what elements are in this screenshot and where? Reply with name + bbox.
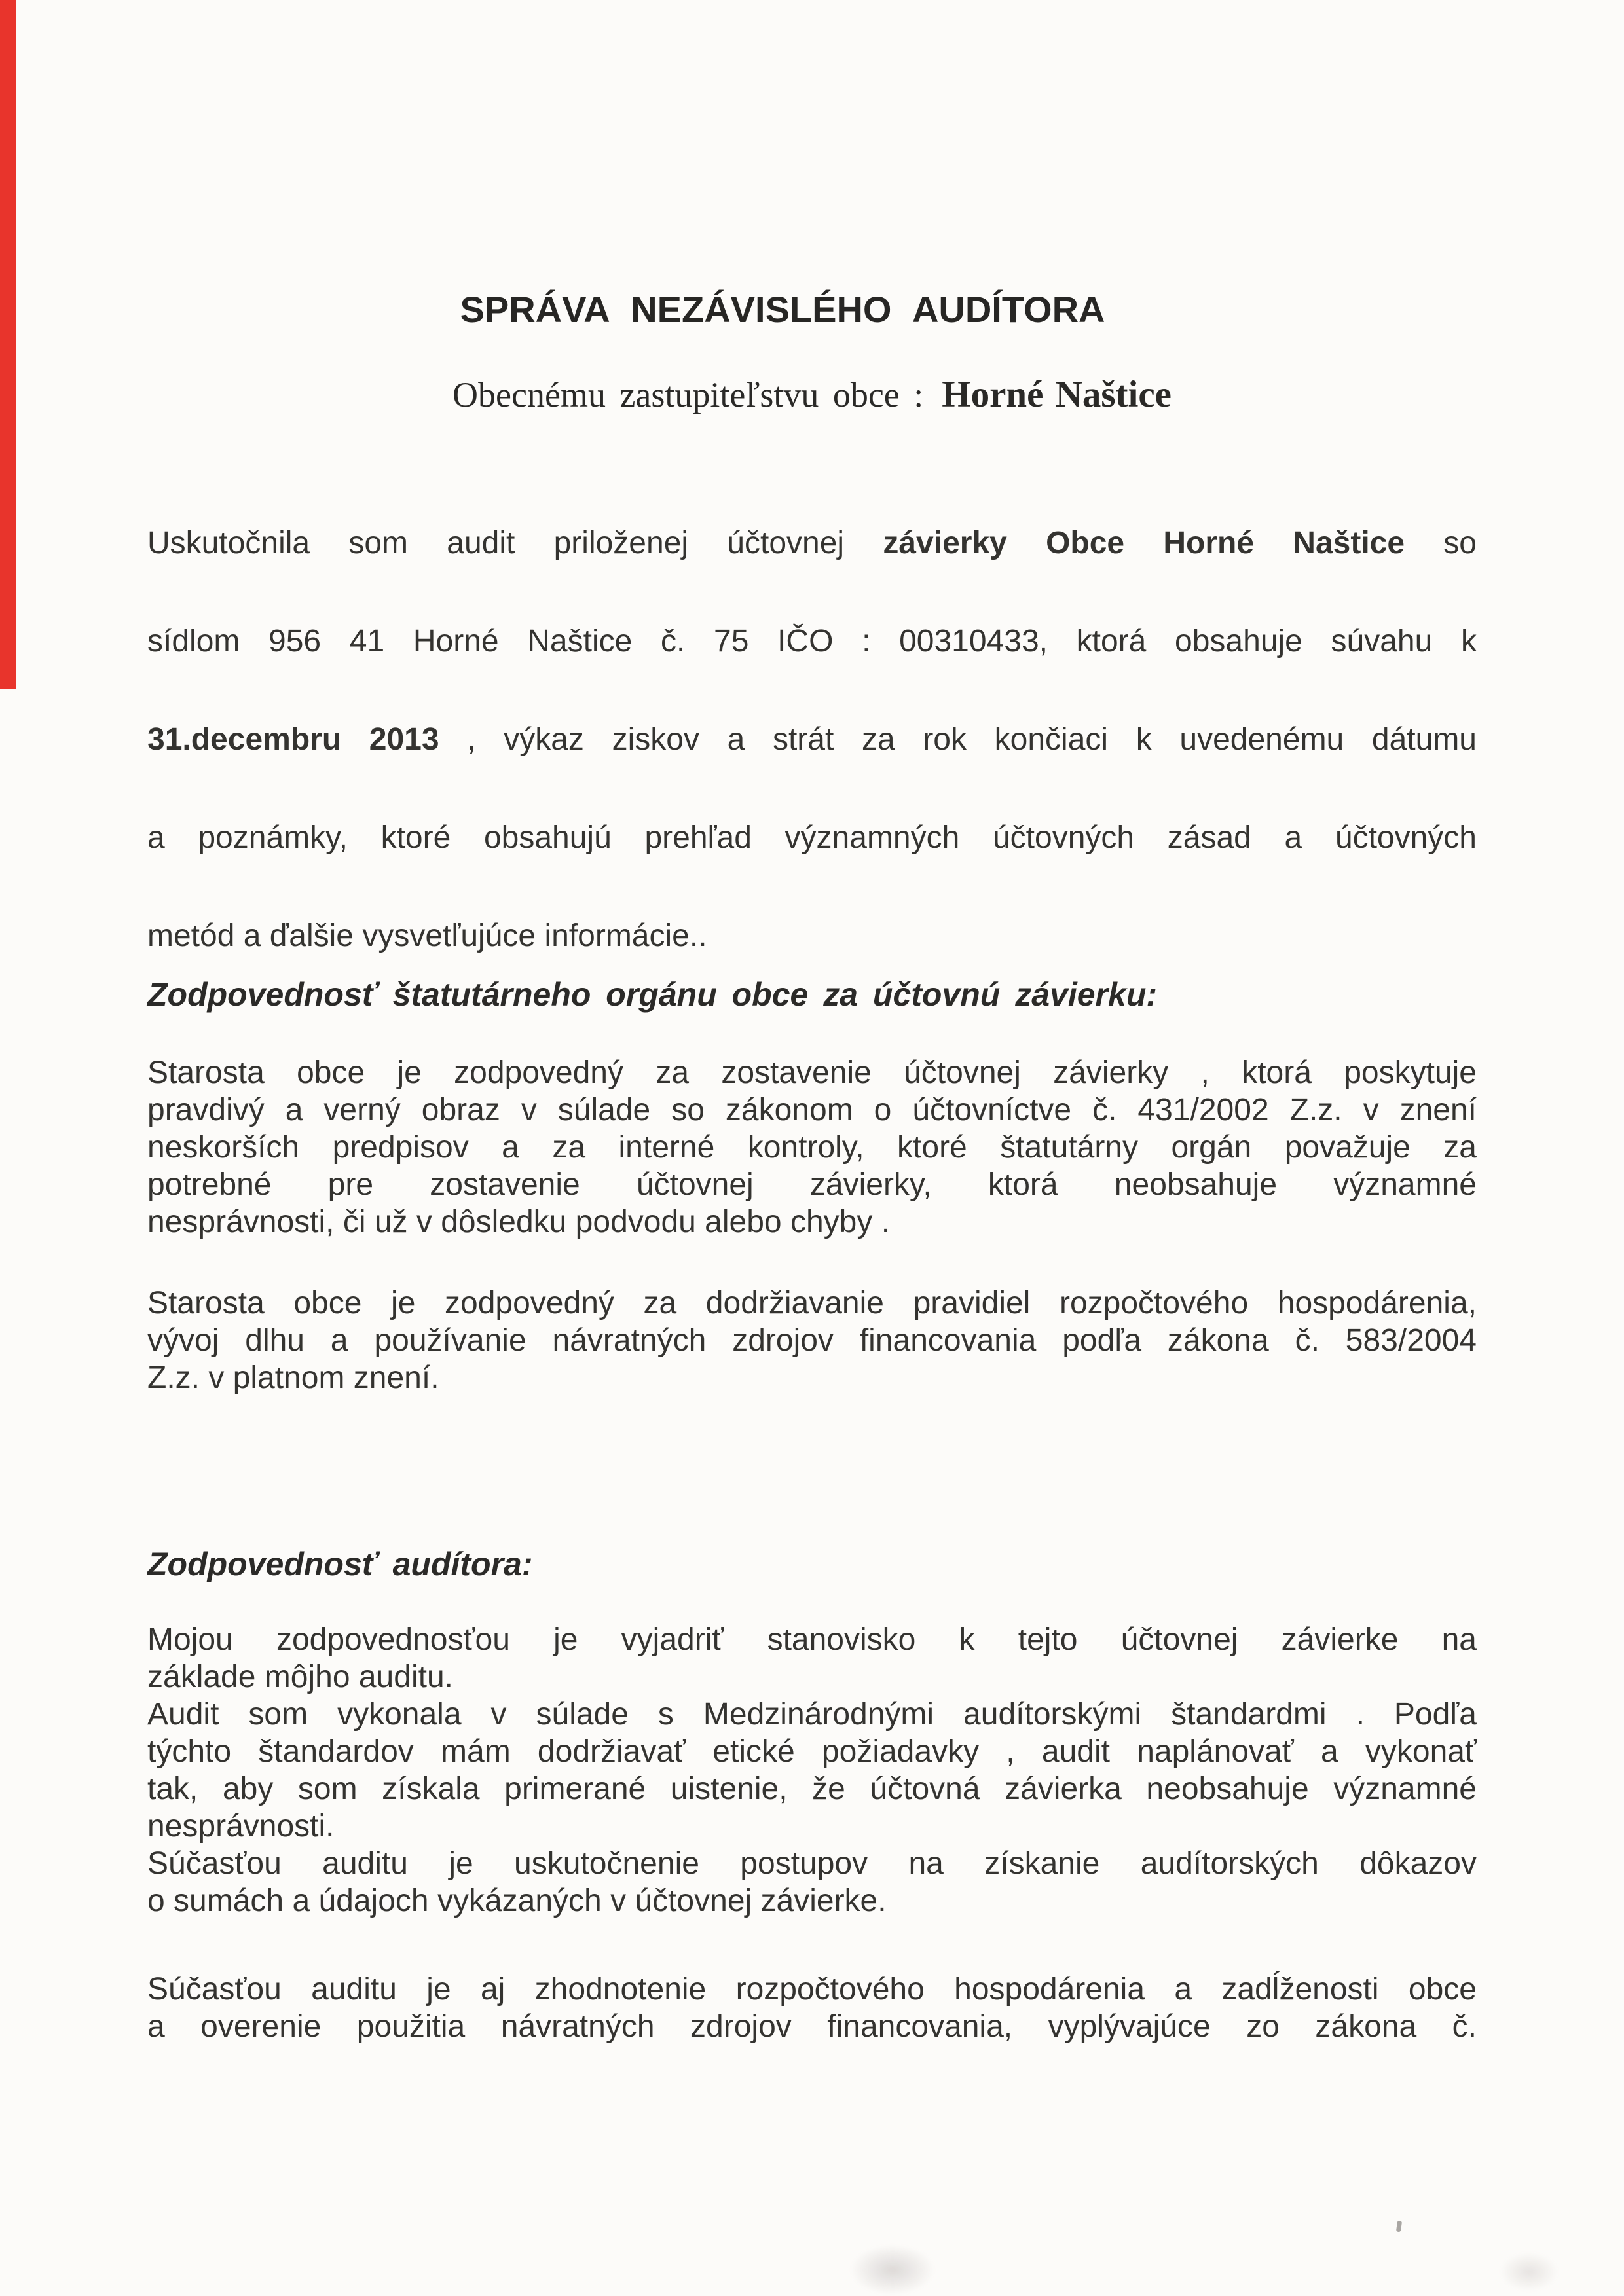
intro-paragraph: Uskutočnila som audit priloženej účtovne…	[147, 494, 1477, 985]
salutation: Obecnému zastupiteľstvu obce :Horné Našt…	[147, 373, 1477, 416]
statutory-paragraph-2: Starosta obce je zodpovedný za dodržiava…	[147, 1285, 1477, 1396]
salutation-prefix: Obecnému zastupiteľstvu obce :	[452, 375, 923, 414]
section-heading-statutory-responsibility: Zodpovednosť štatutárneho orgánu obce za…	[147, 975, 1477, 1013]
text-line: nesprávnosti.	[147, 1808, 1477, 1845]
text-line: a poznámky, ktoré obsahujú prehľad význa…	[147, 789, 1477, 887]
text-line: týchto štandardov mám dodržiavať etické …	[147, 1733, 1477, 1770]
text-line: Starosta obce je zodpovedný za zostaveni…	[147, 1054, 1477, 1091]
scan-smudge	[1500, 2252, 1559, 2291]
statutory-paragraph-1: Starosta obce je zodpovedný za zostaveni…	[147, 1054, 1477, 1241]
auditor-paragraph-1: Mojou zodpovednosťou je vyjadriť stanovi…	[147, 1621, 1477, 1920]
text-line: metód a ďalšie vysvetľujúce informácie..	[147, 887, 1477, 985]
text-line: Starosta obce je zodpovedný za dodržiava…	[147, 1285, 1477, 1322]
scan-smudge	[850, 2244, 935, 2295]
scanned-audit-report-page: SPRÁVA NEZÁVISLÉHO AUDÍTORA Obecnému zas…	[0, 0, 1624, 2296]
text-line: Súčasťou auditu je uskutočnenie postupov…	[147, 1845, 1477, 1882]
text-line: Audit som vykonala v súlade s Medzinárod…	[147, 1696, 1477, 1733]
text-line: Mojou zodpovednosťou je vyjadriť stanovi…	[147, 1621, 1477, 1658]
page-title: SPRÁVA NEZÁVISLÉHO AUDÍTORA	[118, 288, 1447, 331]
text-line: Z.z. v platnom znení.	[147, 1359, 1477, 1396]
text-line: neskorších predpisov a za interné kontro…	[147, 1129, 1477, 1166]
salutation-municipality-name: Horné Naštice	[942, 374, 1172, 415]
text-line: potrebné pre zostavenie účtovnej závierk…	[147, 1166, 1477, 1203]
text-line: základe môjho auditu.	[147, 1658, 1477, 1696]
scan-speck	[1396, 2221, 1402, 2232]
text-line: Súčasťou auditu je aj zhodnotenie rozpoč…	[147, 1971, 1477, 2008]
section-heading-auditor-responsibility: Zodpovednosť audítora:	[147, 1545, 1477, 1583]
text-line: Uskutočnila som audit priloženej účtovne…	[147, 494, 1477, 592]
text-line: a overenie použitia návratných zdrojov f…	[147, 2008, 1477, 2045]
text-line: o sumách a údajoch vykázaných v účtovnej…	[147, 1882, 1477, 1920]
text-line: vývoj dlhu a používanie návratných zdroj…	[147, 1322, 1477, 1359]
text-line: pravdivý a verný obraz v súlade so zákon…	[147, 1091, 1477, 1129]
auditor-paragraph-2: Súčasťou auditu je aj zhodnotenie rozpoč…	[147, 1971, 1477, 2045]
text-line: 31.decembru 2013 , výkaz ziskov a strát …	[147, 691, 1477, 789]
scan-edge-red-stripe	[0, 0, 16, 689]
text-line: tak, aby som získala primerané uistenie,…	[147, 1770, 1477, 1808]
text-line: sídlom 956 41 Horné Naštice č. 75 IČO : …	[147, 592, 1477, 691]
text-line: nesprávnosti, či už v dôsledku podvodu a…	[147, 1203, 1477, 1241]
